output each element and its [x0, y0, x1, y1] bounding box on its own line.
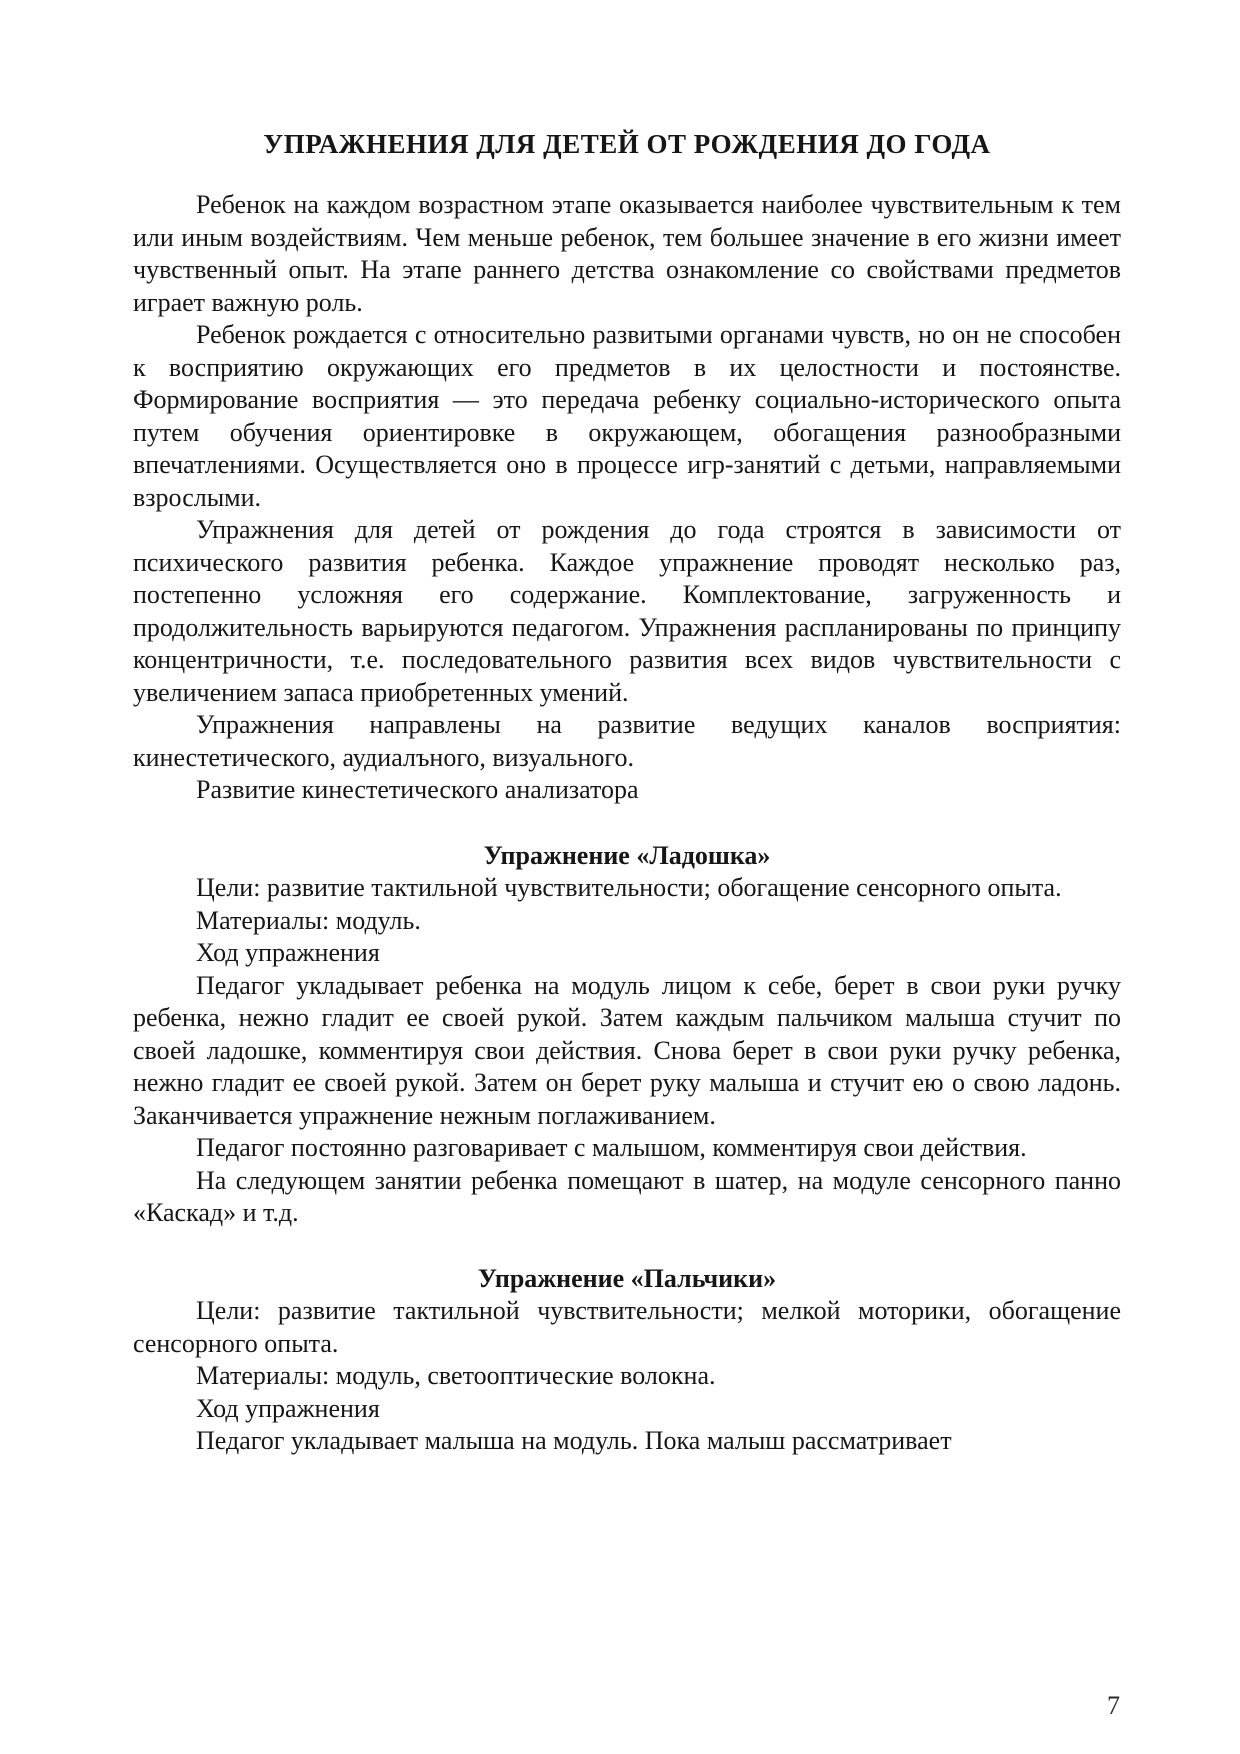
- page-number: 7: [1107, 1690, 1120, 1723]
- intro-section: Ребенок на каждом возрастном этапе оказы…: [133, 189, 1121, 807]
- exercise-procedure-label: Ход упражнения: [133, 1393, 1121, 1426]
- section-heading: Упражнение «Пальчики»: [133, 1263, 1121, 1296]
- exercise-procedure-label: Ход упражнения: [133, 937, 1121, 970]
- exercise-goals: Цели: развитие тактильной чувствительнос…: [133, 872, 1121, 905]
- exercise-materials: Материалы: модуль, светооптические волок…: [133, 1360, 1121, 1393]
- exercise-section-ladoshka: Упражнение «Ладошка» Цели: развитие такт…: [133, 840, 1121, 1230]
- paragraph: Развитие кинестетического анализатора: [133, 774, 1121, 807]
- document-title: УПРАЖНЕНИЯ ДЛЯ ДЕТЕЙ ОТ РОЖДЕНИЯ ДО ГОДА: [133, 128, 1121, 161]
- paragraph: Упражнения направлены на развитие ведущи…: [133, 709, 1121, 774]
- paragraph: Педагог постоянно разговаривает с малышо…: [133, 1132, 1121, 1165]
- exercise-goals: Цели: развитие тактильной чувствительнос…: [133, 1295, 1121, 1360]
- paragraph: Упражнения для детей от рождения до года…: [133, 514, 1121, 709]
- exercise-procedure: Педагог укладывает малыша на модуль. Пок…: [133, 1425, 1121, 1458]
- paragraph: На следующем занятии ребенка помещают в …: [133, 1165, 1121, 1230]
- section-heading: Упражнение «Ладошка»: [133, 840, 1121, 873]
- exercise-procedure: Педагог укладывает ребенка на модуль лиц…: [133, 970, 1121, 1133]
- exercise-section-palchiki: Упражнение «Пальчики» Цели: развитие так…: [133, 1263, 1121, 1458]
- exercise-materials: Материалы: модуль.: [133, 905, 1121, 938]
- paragraph: Ребенок рождается с относительно развиты…: [133, 319, 1121, 514]
- paragraph: Ребенок на каждом возрастном этапе оказы…: [133, 189, 1121, 319]
- document-content: УПРАЖНЕНИЯ ДЛЯ ДЕТЕЙ ОТ РОЖДЕНИЯ ДО ГОДА…: [133, 128, 1121, 1458]
- document-page: УПРАЖНЕНИЯ ДЛЯ ДЕТЕЙ ОТ РОЖДЕНИЯ ДО ГОДА…: [0, 0, 1240, 1754]
